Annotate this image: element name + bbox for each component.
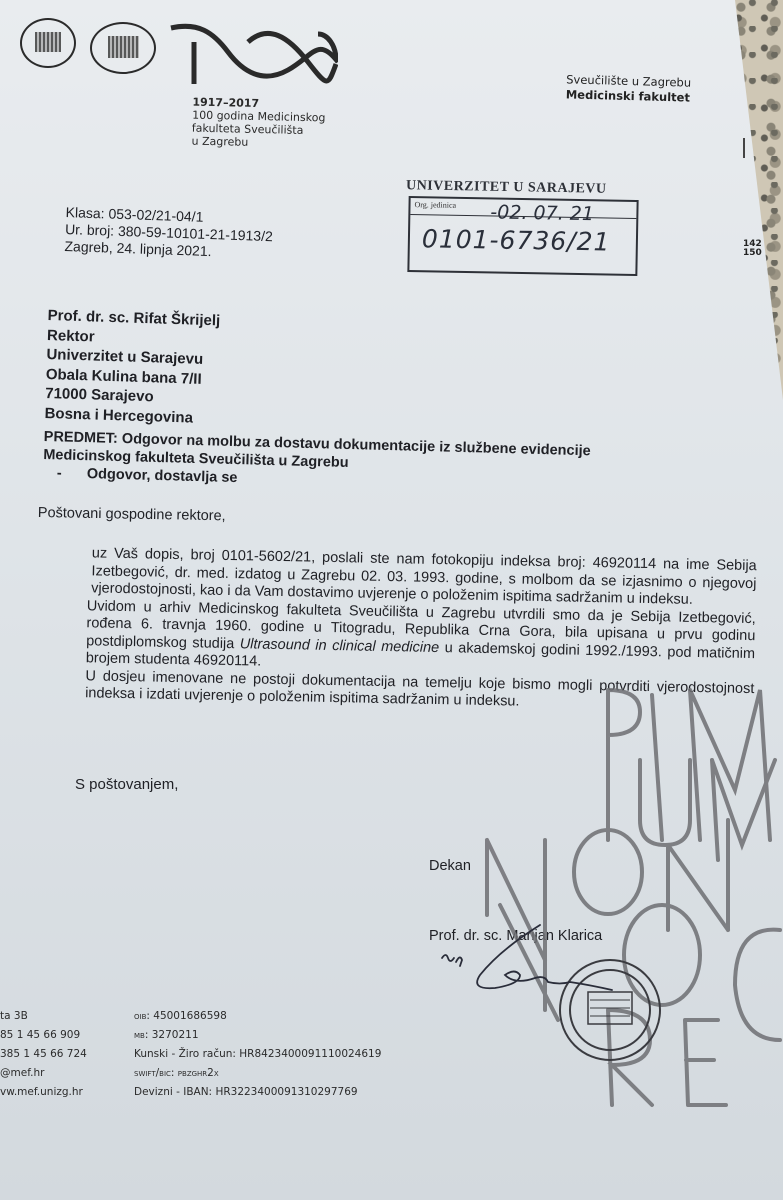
- footer-contacts: ta 3B 85 1 45 66 909 385 1 45 66 724 @me…: [0, 1007, 87, 1102]
- receipt-stamp-title: UNIVERZITET U SARAJEVU: [406, 178, 607, 197]
- anniversary-text: 1917–2017 100 godina Medicinskog fakulte…: [191, 96, 325, 151]
- receipt-stamp: Org. jedinica -02. 07. 21 0101-6736/21: [407, 196, 638, 276]
- footer-mb: 3270211: [152, 1029, 199, 1041]
- footer-registry-info: OIB: 45001686598 MB: 3270211 Kunski - Ži…: [134, 1007, 381, 1102]
- footer-iban: HR3223400091310297769: [215, 1086, 357, 1098]
- centenary-100-logo: [168, 22, 338, 92]
- stamp-header-row: Org. jedinica -02. 07. 21: [410, 198, 636, 219]
- footer-fax: 385 1 45 66 724: [0, 1045, 87, 1064]
- subject-dash: -: [43, 464, 83, 483]
- anniversary-line: u Zagrebu: [191, 135, 324, 151]
- subject-block: PREDMET: Odgovor na molbu za dostavu dok…: [43, 428, 744, 500]
- faculty-seal-icon: [90, 22, 156, 74]
- official-seal-icon: [560, 960, 660, 1060]
- footer-label: Devizni - IBAN:: [134, 1086, 212, 1098]
- footer-label: Kunski - Žiro račun:: [134, 1048, 236, 1060]
- study-program-name: Ultrasound in clinical medicine: [240, 636, 440, 656]
- subject-label: PREDMET:: [44, 429, 119, 447]
- stamp-field-label: Org. jedinica: [414, 200, 456, 210]
- recipient-address: Prof. dr. sc. Rifat Škrijelj Rektor Univ…: [44, 306, 220, 428]
- recipient-country: Bosna i Hercegovina: [44, 403, 217, 428]
- reference-block: Klasa: 053-02/21-04/1 Ur. broj: 380-59-1…: [64, 204, 273, 262]
- footer-phone: 85 1 45 66 909: [0, 1026, 87, 1045]
- footer-swift: PBZGHR2X: [178, 1067, 219, 1079]
- signatory-name: Prof. dr. sc. Marijan Klarica: [429, 928, 602, 944]
- stamp-date: -02. 07. 21: [490, 201, 594, 225]
- salutation: Poštovani gospodine rektore,: [38, 505, 226, 524]
- letter-body: uz Vaš dopis, broj 0101-5602/21, poslali…: [19, 544, 757, 716]
- letter-page: 1917–2017 100 godina Medicinskog fakulte…: [0, 0, 783, 1200]
- body-paragraph-2: Uvidom u arhiv Medicinskog fakulteta Sve…: [20, 596, 756, 680]
- margin-tick: [743, 138, 745, 158]
- stamp-number: 0101-6736/21: [422, 224, 611, 256]
- footer-label: MB:: [134, 1029, 148, 1041]
- footer-account: HR8423400091110024619: [239, 1048, 381, 1060]
- institution-faculty: Medicinski fakultet: [566, 87, 691, 105]
- closing: S poštovanjem,: [75, 776, 178, 793]
- footer-address: ta 3B: [0, 1007, 87, 1026]
- signatory-title: Dekan: [429, 858, 471, 874]
- footer-label: SWIFT/BIC:: [134, 1067, 174, 1079]
- subject-line: Odgovor, dostavlja se: [87, 466, 238, 486]
- footer-email[interactable]: @mef.hr: [0, 1064, 87, 1083]
- university-seal-icon: [20, 18, 76, 68]
- footer-label: OIB:: [134, 1010, 150, 1022]
- footer-website[interactable]: vw.mef.unizg.hr: [0, 1083, 87, 1102]
- footer-oib: 45001686598: [153, 1010, 227, 1022]
- institution-header: Sveučilište u Zagrebu Medicinski fakulte…: [566, 72, 692, 105]
